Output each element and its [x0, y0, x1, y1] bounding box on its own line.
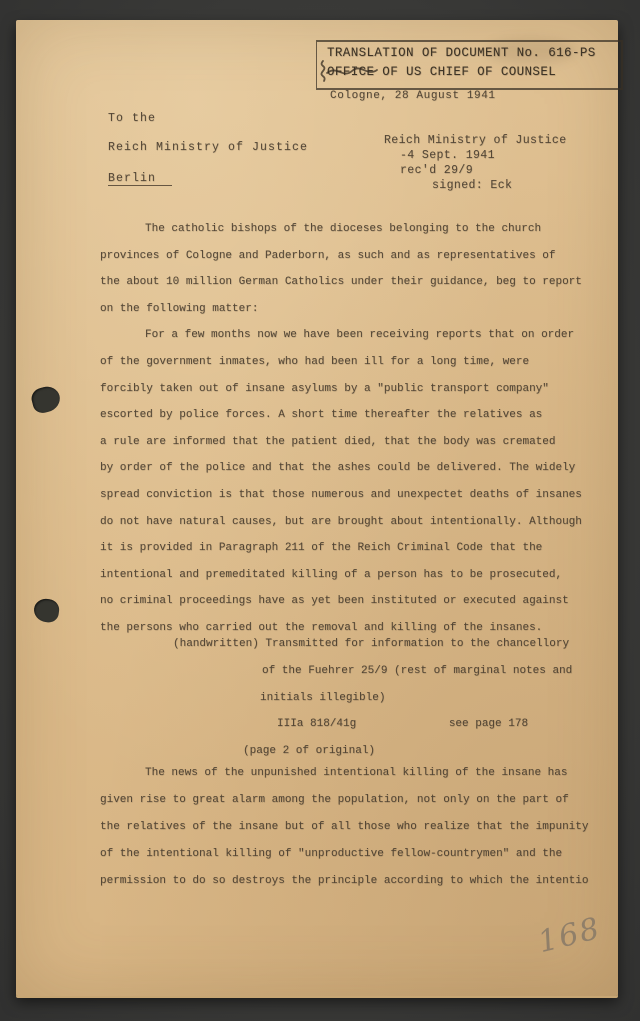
- received-stamp: Reich Ministry of Justice -4 Sept. 1941 …: [384, 133, 567, 193]
- recipient-salutation: To the: [108, 112, 156, 125]
- body-line: of the intentional killing of "unproduct…: [100, 841, 610, 868]
- body-line: forcibly taken out of insane asylums by …: [100, 376, 605, 403]
- body-line: do not have natural causes, but are brou…: [100, 509, 605, 536]
- body-line: intentional and premeditated killing of …: [100, 562, 605, 589]
- handwritten-page-number: 168: [535, 911, 605, 960]
- received-signed: signed: Eck: [384, 178, 567, 193]
- punch-hole: [29, 384, 62, 415]
- body-line: spread conviction is that those numerous…: [100, 482, 605, 509]
- body-line: The news of the unpunished intentional k…: [100, 760, 610, 787]
- body-line: the relatives of the insane but of all t…: [100, 814, 610, 841]
- translation-stamp: TRANSLATION OF DOCUMENT No. 616-PS OFFIC…: [316, 40, 623, 90]
- body-line: The catholic bishops of the dioceses bel…: [100, 216, 605, 243]
- body-line: on the following matter:: [100, 296, 605, 323]
- see-page-note: see page 178: [449, 718, 528, 730]
- recipient-city-text: Berlin: [108, 172, 172, 186]
- received-ministry: Reich Ministry of Justice: [384, 133, 567, 148]
- body-paragraphs: The catholic bishops of the dioceses bel…: [100, 216, 605, 642]
- marginal-note: (handwritten) Transmitted for informatio…: [100, 631, 605, 765]
- body-line: the about 10 million German Catholics un…: [100, 269, 605, 296]
- closing-paragraph: The news of the unpunished intentional k…: [100, 760, 610, 895]
- received-date: -4 Sept. 1941: [384, 148, 567, 163]
- marginal-reference: IIIa 818/41g see page 178: [100, 711, 605, 738]
- body-line: it is provided in Paragraph 211 of the R…: [100, 535, 605, 562]
- body-line: no criminal proceedings have as yet been…: [100, 588, 605, 615]
- marginal-line: initials illegible): [100, 685, 605, 712]
- received-recd: rec'd 29/9: [384, 163, 567, 178]
- body-line: by order of the police and that the ashe…: [100, 455, 605, 482]
- document-page: TRANSLATION OF DOCUMENT No. 616-PS OFFIC…: [16, 20, 618, 996]
- stamp-office-line: OFFICE OF US CHIEF OF COUNSEL: [327, 63, 615, 82]
- recipient-city: Berlin: [108, 172, 172, 186]
- dateline: Cologne, 28 August 1941: [330, 90, 496, 102]
- scribble-mark-icon: [319, 59, 381, 92]
- punch-hole: [33, 597, 61, 623]
- recipient-name: Reich Ministry of Justice: [108, 141, 308, 154]
- body-line: permission to do so destroys the princip…: [100, 868, 610, 895]
- reference-number: IIIa 818/41g: [277, 718, 356, 730]
- body-line: escorted by police forces. A short time …: [100, 402, 605, 429]
- marginal-line: of the Fuehrer 25/9 (rest of marginal no…: [100, 658, 605, 685]
- body-line: provinces of Cologne and Paderborn, as s…: [100, 243, 605, 270]
- marginal-line: (handwritten) Transmitted for informatio…: [100, 631, 605, 658]
- body-line: For a few months now we have been receiv…: [100, 322, 605, 349]
- body-line: given rise to great alarm among the popu…: [100, 787, 610, 814]
- body-line: of the government inmates, who had been …: [100, 349, 605, 376]
- body-line: a rule are informed that the patient die…: [100, 429, 605, 456]
